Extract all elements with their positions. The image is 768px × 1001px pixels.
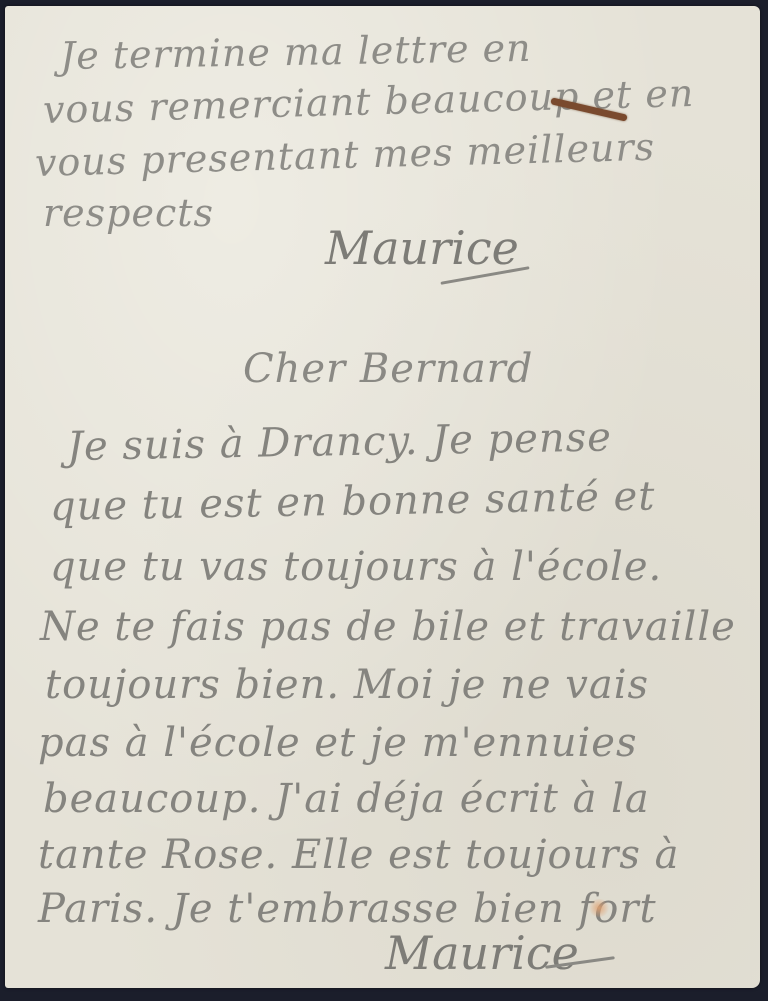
first-note-line-4: respects xyxy=(43,191,214,235)
second-note-line-8: tante Rose. Elle est toujours à xyxy=(38,832,680,878)
second-note-line-1: Je suis à Drancy. Je pense xyxy=(67,414,613,470)
letter-paper: Je termine ma lettre en vous remerciant … xyxy=(5,6,760,988)
second-note-line-5: toujours bien. Moi je ne vais xyxy=(45,662,649,708)
second-note-line-2: que tu est en bonne santé et xyxy=(50,473,656,530)
scan-background: Je termine ma lettre en vous remerciant … xyxy=(0,0,768,1001)
second-note-line-4: Ne te fais pas de bile et travaille xyxy=(40,604,736,650)
first-note-line-1: Je termine ma lettre en xyxy=(60,26,532,78)
first-note-line-2: vous remerciant beaucoup et en xyxy=(42,71,694,132)
second-note-line-3: que tu vas toujours à l'école. xyxy=(50,544,662,590)
orange-stain-spot xyxy=(589,899,609,917)
salutation: Cher Bernard xyxy=(243,346,533,392)
second-note-line-6: pas à l'école et je m'ennuies xyxy=(38,720,638,766)
second-note-signature: Maurice xyxy=(385,926,579,980)
second-note-line-7: beaucoup. J'ai déja écrit à la xyxy=(43,776,650,822)
first-note-line-3: vous presentant mes meilleurs xyxy=(34,125,655,185)
first-note-signature: Maurice xyxy=(325,221,519,275)
